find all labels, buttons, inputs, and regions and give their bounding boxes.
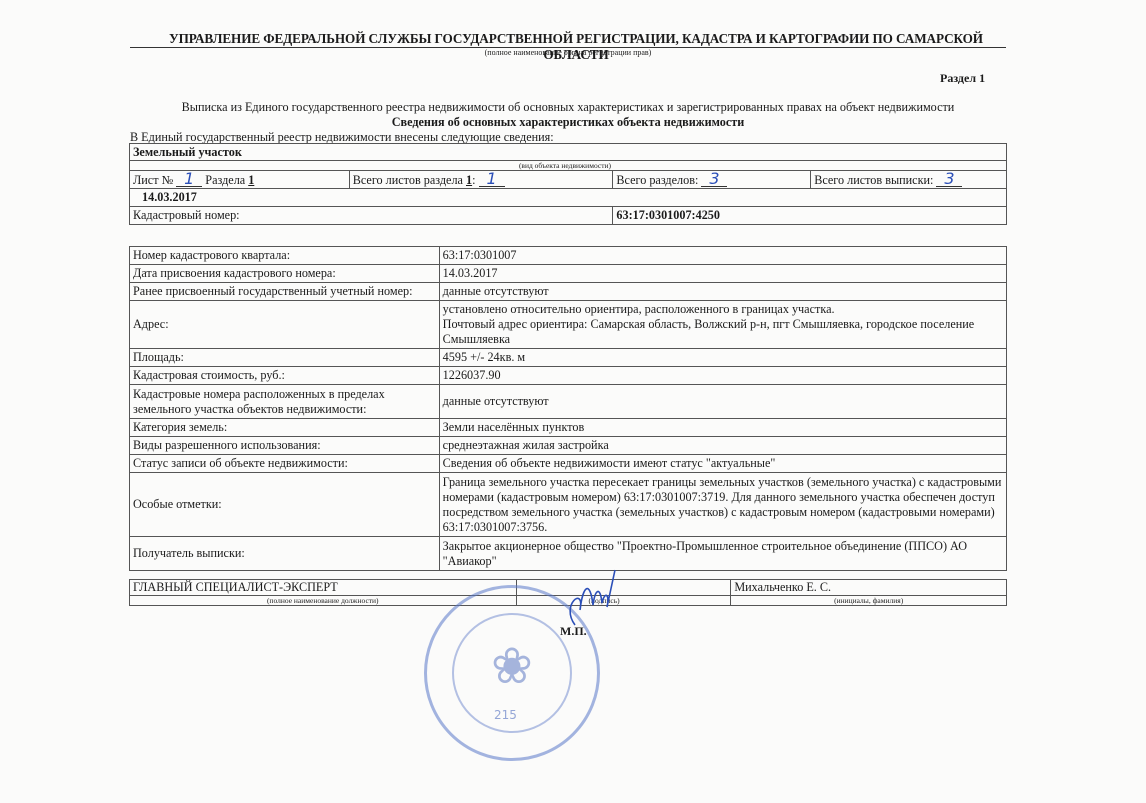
section-number: 1 — [248, 173, 254, 187]
detail-value: Граница земельного участка пересекает гр… — [439, 473, 1006, 537]
table-row: Дата присвоения кадастрового номера: 14.… — [130, 265, 1007, 283]
sheet-number-label: Лист № — [133, 173, 173, 187]
handwritten-signature-icon — [555, 565, 625, 635]
document-subtitle: Сведения об основных характеристиках объ… — [130, 115, 1006, 130]
object-type-caption: (вид объекта недвижимости) — [130, 161, 1007, 171]
table-row: Категория земель: Земли населённых пункт… — [130, 419, 1007, 437]
total-sections-label: Всего разделов: — [616, 173, 698, 187]
cadastral-number-value: 63:17:0301007:4250 — [613, 207, 1007, 225]
detail-label: Дата присвоения кадастрового номера: — [130, 265, 440, 283]
table-row: Номер кадастрового квартала: 63:17:03010… — [130, 247, 1007, 265]
details-table: Номер кадастрового квартала: 63:17:03010… — [129, 246, 1007, 571]
table-row: Особые отметки: Граница земельного участ… — [130, 473, 1007, 537]
detail-label: Получатель выписки: — [130, 537, 440, 571]
official-position: ГЛАВНЫЙ СПЕЦИАЛИСТ-ЭКСПЕРТ — [130, 580, 517, 596]
sheet-number-handwritten: 1 — [176, 172, 202, 187]
sheet-number-cell: Лист № 1 Раздела 1 — [130, 171, 350, 189]
detail-label: Виды разрешенного использования: — [130, 437, 440, 455]
total-sheets-handwritten: 3 — [936, 172, 962, 187]
total-section-sheets-num: 1 — [466, 173, 472, 187]
total-section-sheets-label: Всего листов раздела — [353, 173, 463, 187]
table-row: Статус записи об объекте недвижимости: С… — [130, 455, 1007, 473]
detail-label: Номер кадастрового квартала: — [130, 247, 440, 265]
detail-label: Статус записи об объекте недвижимости: — [130, 455, 440, 473]
detail-label: Площадь: — [130, 349, 440, 367]
total-sections-cell: Всего разделов: 3 — [613, 171, 811, 189]
detail-value: Земли населённых пунктов — [439, 419, 1006, 437]
detail-label: Ранее присвоенный государственный учетны… — [130, 283, 440, 301]
table-row: Кадастровая стоимость, руб.: 1226037.90 — [130, 367, 1007, 385]
name-caption: (инициалы, фамилия) — [731, 596, 1007, 606]
table-row: Адрес: установлено относительно ориентир… — [130, 301, 1007, 349]
total-section-sheets-cell: Всего листов раздела 1: 1 — [349, 171, 613, 189]
detail-value: среднеэтажная жилая застройка — [439, 437, 1006, 455]
total-sheets-cell: Всего листов выписки: 3 — [811, 171, 1007, 189]
total-section-sheets-handwritten: 1 — [479, 172, 505, 187]
table-row: Кадастровые номера расположенных в преде… — [130, 385, 1007, 419]
detail-value: Закрытое акционерное общество "Проектно-… — [439, 537, 1006, 571]
detail-value: установлено относительно ориентира, расп… — [439, 301, 1006, 349]
detail-value: Сведения об объекте недвижимости имеют с… — [439, 455, 1006, 473]
table-row: Виды разрешенного использования: среднеэ… — [130, 437, 1007, 455]
detail-value: данные отсутствуют — [439, 283, 1006, 301]
detail-value: 4595 +/- 24кв. м — [439, 349, 1006, 367]
section-label: Раздел 1 — [940, 71, 985, 86]
document-title: Выписка из Единого государственного реес… — [130, 100, 1006, 115]
total-sections-handwritten: 3 — [701, 172, 727, 187]
object-header-table: Земельный участок (вид объекта недвижимо… — [129, 143, 1007, 225]
detail-label: Категория земель: — [130, 419, 440, 437]
extract-date: 14.03.2017 — [130, 189, 1007, 207]
table-row: Площадь: 4595 +/- 24кв. м — [130, 349, 1007, 367]
detail-label: Адрес: — [130, 301, 440, 349]
coat-of-arms-icon: ❀ — [480, 626, 544, 706]
cadastral-number-label: Кадастровый номер: — [130, 207, 613, 225]
official-name: Михальченко Е. С. — [731, 580, 1007, 596]
object-type: Земельный участок — [130, 144, 1007, 161]
stamp-number: 215 — [494, 708, 517, 722]
detail-value: 63:17:0301007 — [439, 247, 1006, 265]
detail-label: Кадастровая стоимость, руб.: — [130, 367, 440, 385]
section-label: Раздела — [205, 173, 245, 187]
detail-value: 1226037.90 — [439, 367, 1006, 385]
detail-label: Особые отметки: — [130, 473, 440, 537]
detail-label: Кадастровые номера расположенных в преде… — [130, 385, 440, 419]
table-row: Ранее присвоенный государственный учетны… — [130, 283, 1007, 301]
detail-value: данные отсутствуют — [439, 385, 1006, 419]
total-sheets-label: Всего листов выписки: — [814, 173, 933, 187]
organization-caption: (полное наименование органа регистрации … — [130, 48, 1006, 57]
detail-value: 14.03.2017 — [439, 265, 1006, 283]
